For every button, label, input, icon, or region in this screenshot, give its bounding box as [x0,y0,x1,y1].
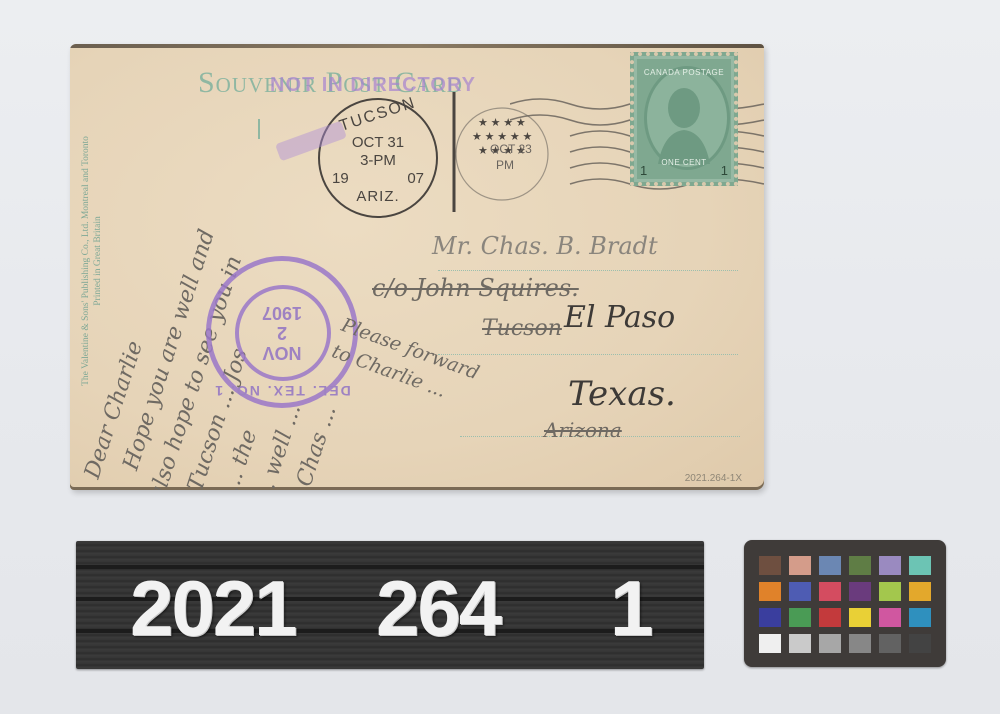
color-checker-card [744,540,946,667]
color-patch [849,634,871,653]
king-portrait-icon [644,66,730,170]
color-patch [789,556,811,575]
postage-stamp: CANADA POSTAGE ONE CENT 1 1 [630,52,738,186]
color-patch [849,608,871,627]
svg-text:★ ★ ★ ★: ★ ★ ★ ★ [478,117,526,129]
color-patch [819,582,841,601]
address-city-struck: Tucson [482,316,562,341]
color-patch [789,582,811,601]
color-patch [819,556,841,575]
color-patch [909,608,931,627]
color-patch [789,634,811,653]
purple-received-postmark: DEL. TEX. NO. 1 NOV 2 1907 [206,256,358,408]
color-patch [909,556,931,575]
color-patch [849,556,871,575]
accession-number-board: 2021 264 1 [76,541,704,669]
address-city: El Paso [564,300,675,335]
color-patch [849,582,871,601]
address-line [438,354,738,356]
publisher-imprint: The Valentine & Sons' Publishing Co., Lt… [80,101,104,421]
color-patch [879,634,901,653]
address-state: Texas. [568,374,676,414]
accession-year: 2021 [130,569,296,647]
color-patch [759,556,781,575]
color-patch [879,556,901,575]
color-patch [789,608,811,627]
accession-item: 1 [610,569,653,647]
color-patch [759,608,781,627]
color-patch [819,634,841,653]
color-patch [879,608,901,627]
address-line [438,270,738,272]
purple-overprint: NOT IN DIRECTORY [270,74,476,97]
address-care-of: c/o John Squires. [372,274,579,302]
address-state-struck: Arizona [544,418,622,442]
tucson-postmark: TUCSON OCT 31 3-PM 19 07 ARIZ. [318,98,438,218]
accession-lot: 264 [376,569,500,647]
postcard: Souvenir Post Card The Valentine & Sons'… [70,44,764,490]
address-name: Mr. Chas. B. Bradt [432,232,658,260]
color-patch [759,634,781,653]
catalog-number-pencil: 2021.264-1X [685,473,742,484]
color-patch [759,582,781,601]
color-patch [879,582,901,601]
color-patch [819,608,841,627]
color-patch [909,634,931,653]
color-patch [909,582,931,601]
center-divider [258,119,260,139]
